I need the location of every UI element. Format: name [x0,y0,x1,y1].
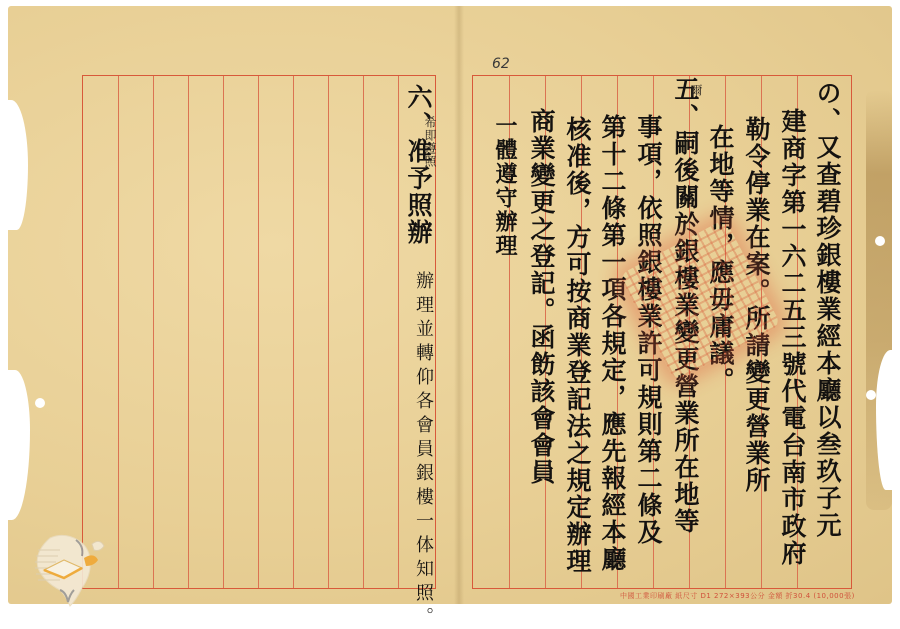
grid-line [398,76,399,588]
text-column: 第十二條第一項各規定，應先報經本廳 [597,114,627,573]
punch-hole [866,390,876,400]
margin-annotation: 爾 [688,84,705,97]
left-page-grid: 六、准予照辦 希即遵照 辦理並轉仰各會員銀樓一体知照。 [82,75,436,589]
text-column: 核准後，方可按商業登記法之規定辦理 [562,116,592,575]
grid-line [188,76,189,588]
punch-hole [875,236,885,246]
grid-line [363,76,364,588]
paper-tear [876,350,900,490]
grid-line [153,76,154,588]
grid-line [328,76,329,588]
archive-logo-icon [20,530,115,610]
page-fold [454,6,464,604]
punch-hole [35,398,45,408]
text-column: 商業變更之登記。函飭該會會員 [526,108,556,486]
text-column: 建商字第一六二五三號代電台南市政府 [777,108,807,567]
grid-line [223,76,224,588]
margin-annotation: 希即遵照 [422,116,439,168]
grid-line [258,76,259,588]
text-column: 一體遵守辦理 [490,114,520,258]
grid-line [293,76,294,588]
printer-footer: 中國工業印刷廠 紙尺寸 D1 272×393公分 金額 折30.4 (10,00… [620,591,855,601]
page-number: 62 [492,56,510,72]
grid-line [118,76,119,588]
text-column: の、又查碧珍銀樓業經本廳以叁玖子元 [812,80,842,539]
text-column-6-body: 辦理並轉仰各會員銀樓一体知照。 [408,271,438,629]
